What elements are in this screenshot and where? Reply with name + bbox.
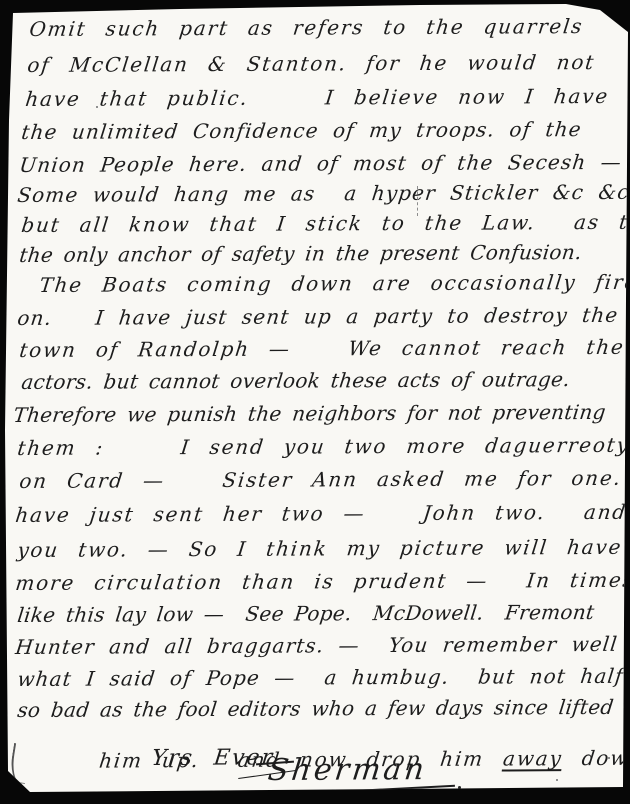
handwritten-line: The Boats coming down are occasionally f… (38, 269, 630, 298)
letter-page: Omit such part as refers to the quarrels… (0, 0, 630, 804)
handwritten-line: Therefore we punish the neighbors for no… (12, 399, 607, 428)
closing-line: Yrs Ever (150, 745, 275, 772)
handwritten-line: the only anchor of safety in the present… (18, 239, 583, 268)
handwritten-line: actors. but cannot overlook these acts o… (20, 366, 571, 395)
handwritten-line: have that public. I believe now I have (24, 83, 611, 112)
handwritten-line: the unlimited Confidence of my troops. o… (20, 116, 583, 145)
handwritten-line: of McClellan & Stanton. for he would not (26, 49, 597, 78)
handwritten-line: more circulation than is prudent — In ti… (14, 567, 630, 596)
ink-speckle (608, 757, 610, 759)
handwritten-line: have just sent her two — John two. and (14, 499, 629, 528)
handwritten-line: Some would hang me as a hyper Stickler &… (16, 179, 630, 208)
handwritten-line: them : I send you two more daguerreotype… (16, 432, 630, 461)
handwritten-line: you two. — So I think my picture will ha… (16, 534, 624, 563)
handwritten-line: on. I have just sent up a party to destr… (16, 302, 620, 331)
handwritten-line: Hunter and all braggarts. — You remember… (14, 631, 619, 660)
handwritten-line: what I said of Pope — a humbug. but not … (16, 663, 625, 692)
ink-speckle (96, 106, 98, 108)
handwritten-line: like this lay low — See Pope. McDowell. … (16, 599, 596, 628)
line-text: down — (561, 746, 630, 771)
handwritten-line: but all know that I stick to the Law. as… (20, 209, 630, 238)
ink-speckle (556, 779, 558, 781)
handwritten-line: on Card — Sister Ann asked me for one. I (18, 465, 630, 494)
scan-artifact-dotted-line (417, 186, 418, 216)
handwritten-line: Omit such part as refers to the quarrels (28, 13, 585, 42)
handwritten-line: Union People here. and of most of the Se… (18, 149, 624, 178)
ink-speckle (458, 786, 461, 789)
underlined-word: away (502, 746, 564, 770)
handwritten-line: town of Randolph — We cannot reach the r… (18, 333, 630, 363)
